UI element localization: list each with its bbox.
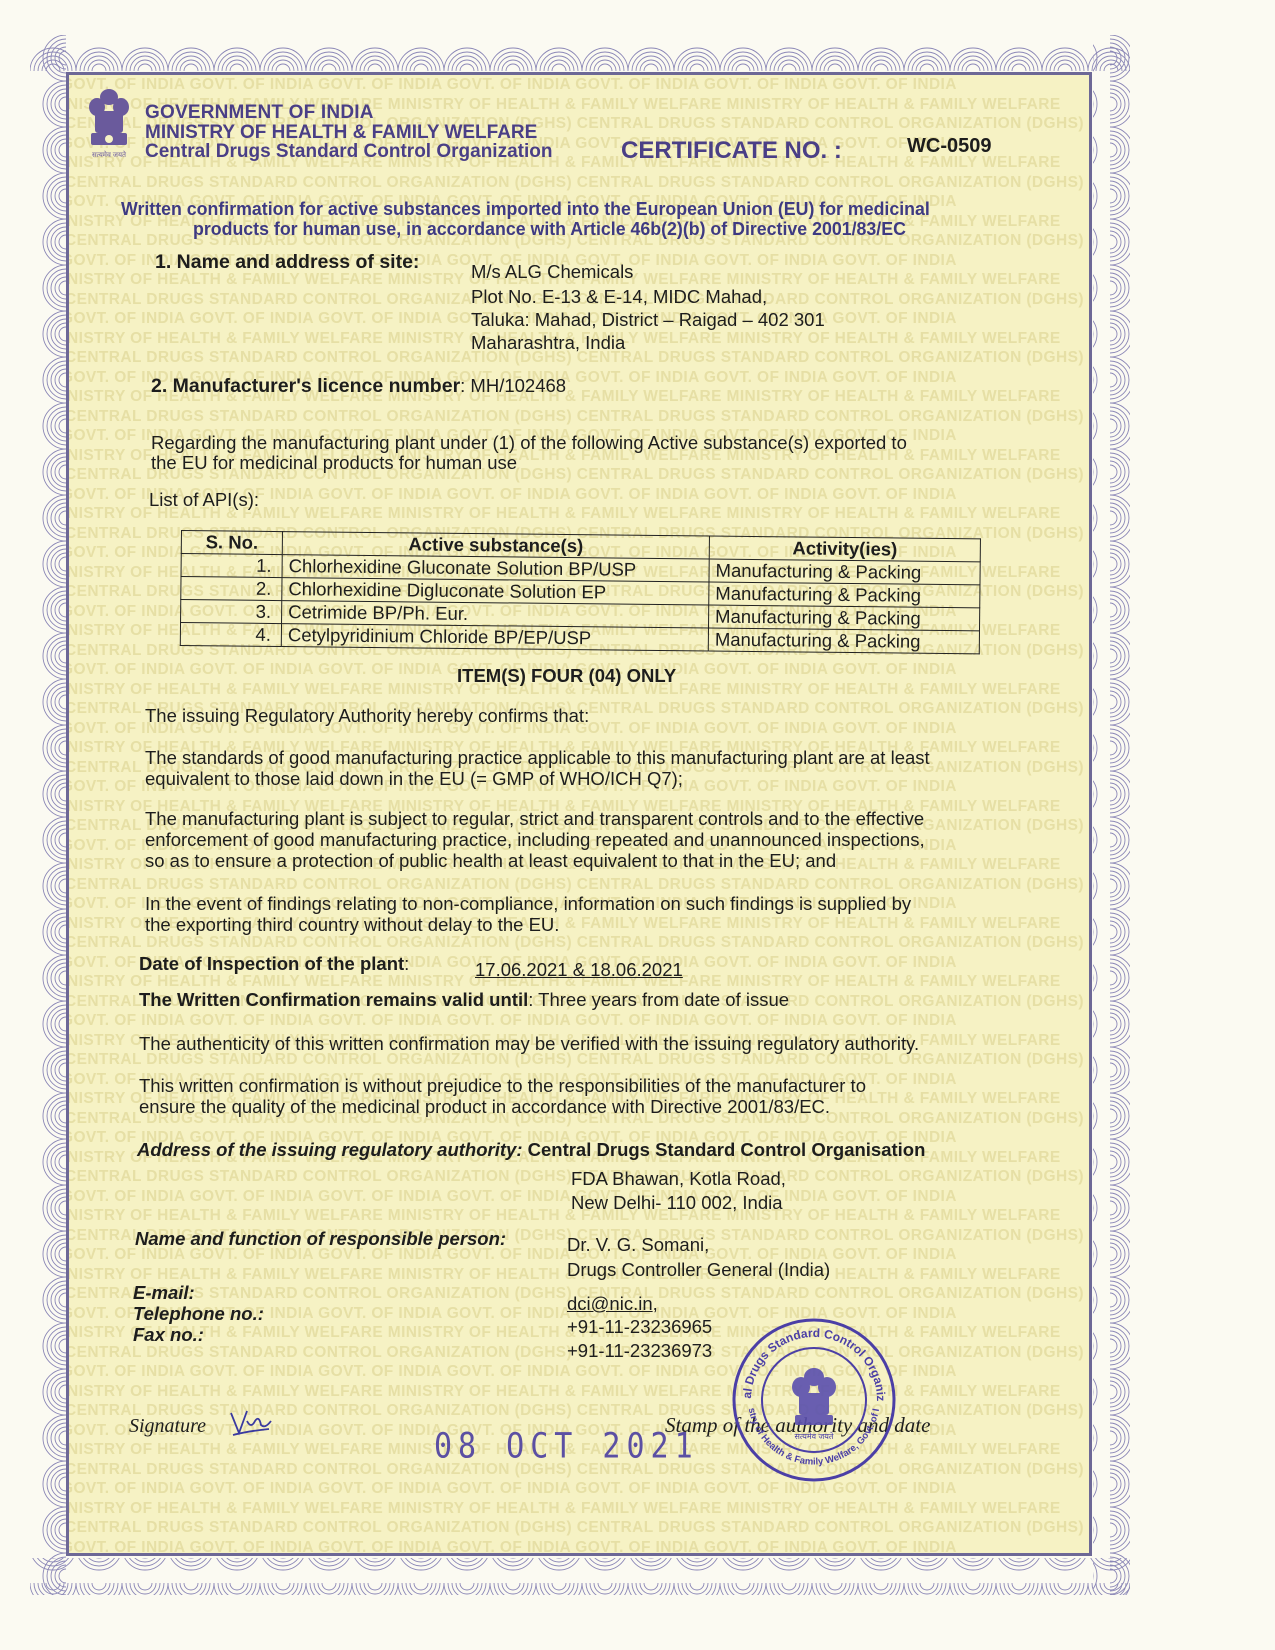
regarding-line: Regarding the manufacturing plant under … bbox=[151, 432, 907, 454]
prejudice-line: This written confirmation is without pre… bbox=[139, 1075, 866, 1097]
fax-number: +91-11-23236973 bbox=[567, 1340, 712, 1362]
api-table: S. No. Active substance(s) Activity(ies)… bbox=[180, 530, 981, 654]
licence-row: 2. Manufacturer's licence number: MH/102… bbox=[151, 375, 566, 398]
confirmation-p3-line: the exporting third country without dela… bbox=[145, 914, 559, 936]
cell-activity: Manufacturing & Packing bbox=[708, 628, 979, 654]
site-address-line: Taluka: Mahad, District – Raigad – 402 3… bbox=[471, 309, 825, 331]
authority-label: Address of the issuing regulatory author… bbox=[137, 1139, 516, 1160]
site-address-line: Plot No. E-13 & E-14, MIDC Mahad, bbox=[471, 286, 767, 308]
confirmation-p1-line: equivalent to those laid down in the EU … bbox=[145, 768, 683, 790]
issue-date-stamp: 08 OCT 2021 bbox=[434, 1426, 699, 1466]
authority-row: Address of the issuing regulatory author… bbox=[137, 1139, 925, 1161]
confirmation-p2-line: enforcement of good manufacturing practi… bbox=[145, 829, 925, 851]
official-seal: Central Drugs Standard Control Organizat… bbox=[729, 1315, 899, 1485]
column-header-sno: S. No. bbox=[181, 531, 282, 555]
header-organization: Central Drugs Standard Control Organizat… bbox=[145, 141, 552, 163]
inspection-label: Date of Inspection of the plant bbox=[139, 953, 404, 974]
validity-row: The Written Confirmation remains valid u… bbox=[139, 989, 789, 1011]
responsible-person-function: Drugs Controller General (India) bbox=[567, 1259, 830, 1281]
validity-label: The Written Confirmation remains valid u… bbox=[139, 989, 528, 1010]
site-address-line: Maharashtra, India bbox=[471, 332, 625, 354]
cell-sno: 4. bbox=[180, 623, 281, 647]
email-row: dci@nic.in, bbox=[567, 1293, 658, 1315]
fax-label: Fax no.: bbox=[133, 1324, 204, 1346]
regarding-line: the EU for medicinal products for human … bbox=[151, 452, 517, 474]
inspection-row: Date of Inspection of the plant: bbox=[139, 953, 409, 975]
svg-text:सत्यमेव जयते: सत्यमेव जयते bbox=[795, 1431, 834, 1441]
cell-sno: 1. bbox=[181, 554, 282, 578]
confirmation-p3-line: In the event of findings relating to non… bbox=[145, 893, 911, 915]
responsible-person-label: Name and function of responsible person: bbox=[135, 1228, 506, 1250]
prejudice-line: ensure the quality of the medicinal prod… bbox=[139, 1096, 830, 1118]
cell-activity: Manufacturing & Packing bbox=[709, 582, 980, 608]
cell-activity: Manufacturing & Packing bbox=[709, 605, 980, 631]
site-address-line: M/s ALG Chemicals bbox=[471, 261, 633, 283]
items-count-summary: ITEM(S) FOUR (04) ONLY bbox=[457, 665, 676, 687]
document-title-line1: Written confirmation for active substanc… bbox=[121, 198, 930, 220]
cell-sno: 3. bbox=[181, 600, 282, 624]
site-label: 1. Name and address of site: bbox=[155, 251, 419, 274]
signature-label: Signature bbox=[129, 1415, 206, 1438]
cell-sno: 2. bbox=[181, 577, 282, 601]
authenticity-statement: The authenticity of this written confirm… bbox=[139, 1033, 919, 1055]
cell-substance: Cetylpyridinium Chloride BP/EP/USP bbox=[281, 624, 708, 651]
telephone-label: Telephone no.: bbox=[133, 1303, 264, 1325]
certificate-number: WC-0509 bbox=[907, 135, 991, 158]
signature-mark bbox=[229, 1407, 275, 1437]
ashoka-emblem-icon: सत्यमेव जयते bbox=[85, 85, 133, 161]
svg-text:सत्यमेव जयते: सत्यमेव जयते bbox=[92, 150, 127, 159]
certificate-number-label: CERTIFICATE NO. : bbox=[621, 137, 842, 165]
authority-name: Central Drugs Standard Control Organisat… bbox=[528, 1139, 926, 1160]
telephone-number: +91-11-23236965 bbox=[567, 1316, 712, 1338]
authority-address-line: FDA Bhawan, Kotla Road, bbox=[571, 1168, 786, 1190]
licence-number: : MH/102468 bbox=[460, 375, 566, 396]
certificate-body: GOVT. OF INDIA GOVT. OF INDIA GOVT. OF I… bbox=[66, 72, 1092, 1556]
confirmation-p2-line: The manufacturing plant is subject to re… bbox=[145, 808, 924, 830]
email-link[interactable]: dci@nic.in bbox=[567, 1293, 653, 1314]
confirmation-p1-line: The standards of good manufacturing prac… bbox=[145, 747, 930, 769]
column-header-activity: Activity(ies) bbox=[709, 536, 980, 562]
api-list-label: List of API(s): bbox=[149, 489, 259, 511]
document-title-line2: products for human use, in accordance wi… bbox=[193, 218, 906, 240]
header-government: GOVERNMENT OF INDIA bbox=[145, 102, 374, 124]
email-label: E-mail: bbox=[133, 1282, 195, 1304]
confirmation-p2-line: so as to ensure a protection of public h… bbox=[145, 850, 836, 872]
validity-value: : Three years from date of issue bbox=[528, 989, 789, 1010]
licence-label: 2. Manufacturer's licence number bbox=[151, 375, 460, 397]
authority-address-line: New Delhi- 110 002, India bbox=[571, 1192, 783, 1214]
responsible-person-name: Dr. V. G. Somani, bbox=[567, 1234, 709, 1256]
cell-activity: Manufacturing & Packing bbox=[709, 559, 980, 585]
inspection-dates: 17.06.2021 & 18.06.2021 bbox=[475, 959, 683, 981]
confirmation-intro: The issuing Regulatory Authority hereby … bbox=[145, 705, 589, 727]
